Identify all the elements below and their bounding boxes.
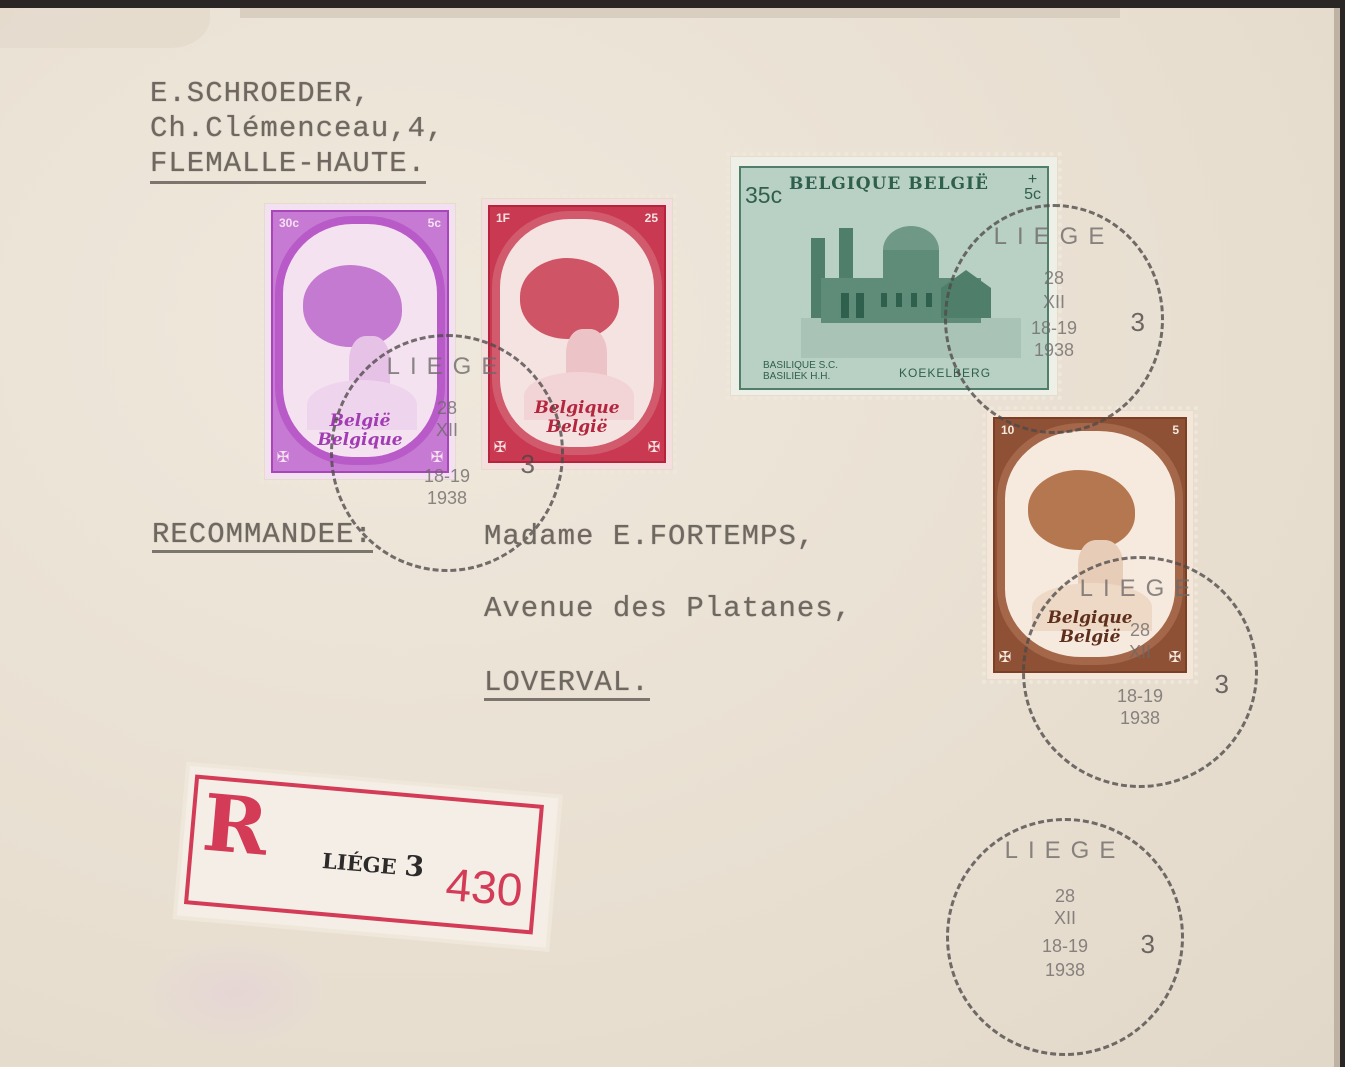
registered-service-label: RECOMMANDEE: <box>152 520 373 553</box>
postmark-office: 3 <box>521 449 535 480</box>
stamp-value: 35c <box>745 182 782 209</box>
sender-name: E.SCHROEDER, <box>150 76 444 111</box>
postmark: LIEGE 28 XII 18-19 1938 3 <box>944 204 1164 434</box>
stamp-title: BELGIQUE BELGIË <box>789 174 989 194</box>
registration-label: R LIÉGE3 430 <box>177 766 559 948</box>
stamp-surcharge: 5c <box>428 216 441 230</box>
postmark-day: 28 <box>947 269 1161 288</box>
ink-stain <box>140 938 330 1048</box>
postmark-year: 1938 <box>1025 709 1255 728</box>
postmark-hour: 18-19 <box>947 319 1161 338</box>
postmark-month: XII <box>333 421 561 440</box>
postmark-day: 28 <box>333 399 561 418</box>
postmark-month: XII <box>1025 643 1255 662</box>
registration-office: LIÉGE3 <box>321 842 426 884</box>
recipient-town: LOVERVAL. <box>484 668 650 701</box>
stamp-caption: BASILIQUE S.C. BASILIEK H.H. <box>763 360 838 382</box>
postmark: LIEGE 28 XII 18-19 1938 3 <box>1022 556 1258 788</box>
postmark-city: LIEGE <box>1025 575 1255 603</box>
recipient-street: Avenue des Platanes, <box>484 592 852 625</box>
envelope: E.SCHROEDER, Ch.Clémenceau,4, FLEMALLE-H… <box>0 8 1340 1067</box>
postmark-year: 1938 <box>333 489 561 508</box>
postmark: LIEGE 28 XII 18-19 1938 3 <box>946 818 1184 1056</box>
stamp-value: 30c <box>279 216 299 230</box>
postmark-office: 3 <box>1215 669 1229 700</box>
postmark-day: 28 <box>1025 621 1255 640</box>
stamp-surcharge: + 5c <box>1024 172 1041 202</box>
lorraine-cross-icon: ✠ <box>999 643 1011 669</box>
registration-letter: R <box>200 784 272 869</box>
recipient-name: Madame E.FORTEMPS, <box>484 520 815 553</box>
postmark-month: XII <box>949 909 1181 928</box>
postmark-day: 28 <box>949 887 1181 906</box>
torn-top-edge <box>240 8 1120 18</box>
stamp-surcharge: 5 <box>1172 423 1179 437</box>
registration-number: 430 <box>444 857 525 917</box>
sender-street: Ch.Clémenceau,4, <box>150 111 444 146</box>
stamp-value: 1F <box>496 211 510 225</box>
postmark-city: LIEGE <box>949 837 1181 865</box>
stamp-surcharge: 25 <box>645 211 658 225</box>
sender-town: FLEMALLE-HAUTE. <box>150 146 426 184</box>
postmark-office: 3 <box>1141 929 1155 960</box>
postmark-month: XII <box>947 293 1161 312</box>
registration-label-border: R LIÉGE3 430 <box>184 774 544 934</box>
postmark-year: 1938 <box>947 341 1161 360</box>
envelope-right-edge <box>1334 8 1340 1067</box>
lorraine-cross-icon: ✠ <box>277 443 289 469</box>
postmark-city: LIEGE <box>947 223 1161 251</box>
postmark-city: LIEGE <box>333 353 561 381</box>
postmark-year: 1938 <box>949 961 1181 980</box>
lorraine-cross-icon: ✠ <box>648 433 660 459</box>
sender-address: E.SCHROEDER, Ch.Clémenceau,4, FLEMALLE-H… <box>150 76 444 184</box>
postmark-office: 3 <box>1131 307 1145 338</box>
envelope-flap-shadow <box>0 8 210 48</box>
